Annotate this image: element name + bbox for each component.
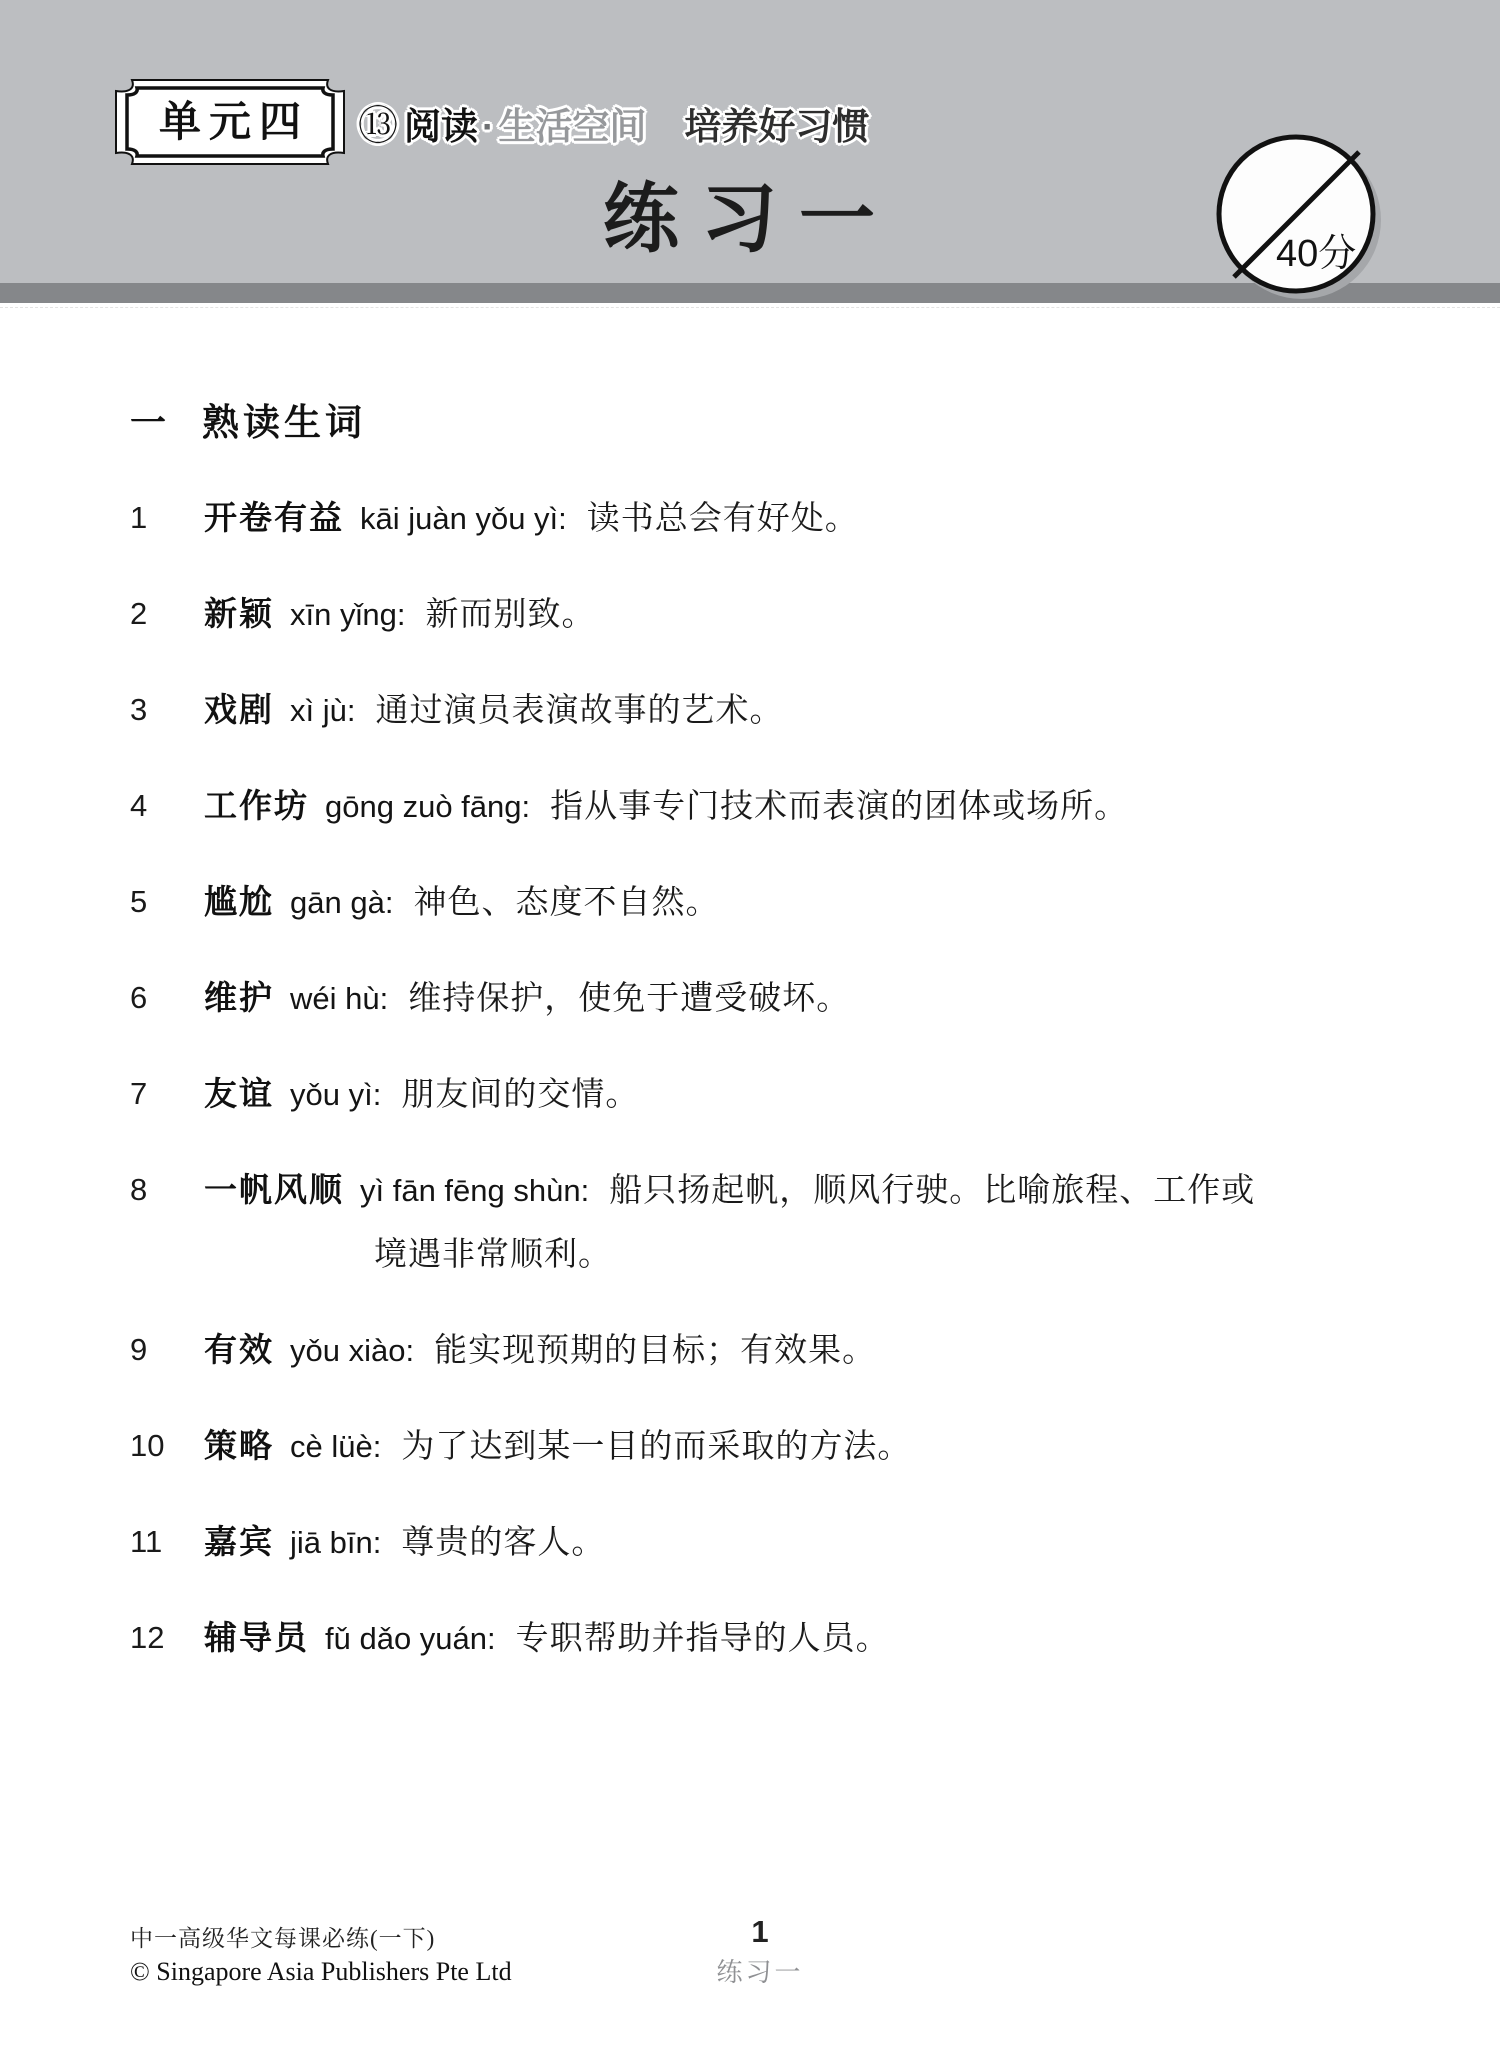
vocab-definition: 为了达到某一目的而采取的方法。 bbox=[401, 1429, 911, 1465]
vocab-item-entry: 有效yǒu xiào:能实现预期的目标；有效果。 bbox=[204, 1330, 876, 1371]
vocab-definition: 专职帮助并指导的人员。 bbox=[516, 1621, 890, 1657]
score-circle-icon: 40分 bbox=[1210, 130, 1388, 302]
footer-pagination: 1 练习一 bbox=[0, 1914, 1500, 1989]
page-number: 1 bbox=[0, 1914, 1500, 1950]
page-exercise-label: 练习一 bbox=[0, 1952, 1500, 1989]
lesson-theme-label: 生活空间 bbox=[498, 106, 646, 147]
vocab-item-number: 8 bbox=[130, 1170, 204, 1275]
vocab-definition: 能实现预期的目标；有效果。 bbox=[434, 1333, 876, 1369]
vocab-pinyin: yì fān fēng shùn: bbox=[360, 1173, 589, 1208]
vocab-item-entry: 维护wéi hù:维持保护，使免于遭受破坏。 bbox=[204, 978, 850, 1019]
vocab-pinyin: jiā bīn: bbox=[290, 1525, 381, 1560]
vocab-pinyin: xì jù: bbox=[290, 693, 355, 728]
vocab-item-number: 10 bbox=[130, 1426, 204, 1467]
vocab-definition: 尊贵的客人。 bbox=[401, 1525, 605, 1561]
perforation-line bbox=[0, 307, 1500, 308]
vocab-item: 3 戏剧xì jù:通过演员表演故事的艺术。 bbox=[130, 690, 1400, 731]
vocab-item-number: 3 bbox=[130, 690, 204, 731]
vocab-term: 友谊 bbox=[204, 1075, 274, 1112]
vocab-item: 6 维护wéi hù:维持保护，使免于遭受破坏。 bbox=[130, 978, 1400, 1019]
vocab-item-number: 11 bbox=[130, 1522, 204, 1563]
vocab-definition: 船只扬起帆，顺风行驶。比喻旅程、工作或 bbox=[609, 1173, 1255, 1209]
vocab-item: 1 开卷有益kāi juàn yǒu yì:读书总会有好处。 bbox=[130, 498, 1400, 539]
vocab-pinyin: gān gà: bbox=[290, 885, 393, 920]
vocab-definition: 维持保护，使免于遭受破坏。 bbox=[408, 981, 850, 1017]
vocab-item-number: 5 bbox=[130, 882, 204, 923]
vocab-pinyin: fǔ dǎo yuán: bbox=[325, 1621, 496, 1656]
vocab-item-number: 12 bbox=[130, 1618, 204, 1659]
vocab-pinyin: yǒu xiào: bbox=[290, 1333, 414, 1368]
vocab-item-number: 9 bbox=[130, 1330, 204, 1371]
vocab-item: 2 新颖xīn yǐng:新而别致。 bbox=[130, 594, 1400, 635]
vocab-pinyin: gōng zuò fāng: bbox=[325, 789, 530, 824]
vocab-item-number: 1 bbox=[130, 498, 204, 539]
vocab-definition: 神色、态度不自然。 bbox=[413, 885, 719, 921]
lesson-type-label: 阅读 bbox=[404, 106, 478, 147]
vocab-pinyin: kāi juàn yǒu yì: bbox=[360, 501, 567, 536]
vocab-term: 工作坊 bbox=[204, 787, 309, 824]
vocab-definition: 新而别致。 bbox=[425, 597, 595, 633]
main-content: 一 熟读生词 1 开卷有益kāi juàn yǒu yì:读书总会有好处。 2 … bbox=[130, 392, 1400, 1714]
vocab-term: 戏剧 bbox=[204, 691, 274, 728]
vocab-item: 11 嘉宾jiā bīn:尊贵的客人。 bbox=[130, 1522, 1400, 1563]
separator-dot: · bbox=[482, 106, 494, 147]
vocab-item-number: 7 bbox=[130, 1074, 204, 1115]
vocab-item: 10 策略cè lüè:为了达到某一目的而采取的方法。 bbox=[130, 1426, 1400, 1467]
vocab-item-entry: 戏剧xì jù:通过演员表演故事的艺术。 bbox=[204, 690, 783, 731]
lesson-title-label: 培养好习惯 bbox=[684, 107, 869, 148]
vocab-pinyin: xīn yǐng: bbox=[290, 597, 405, 632]
unit-label: 单元四 bbox=[113, 76, 347, 162]
vocab-term: 一帆风顺 bbox=[204, 1171, 344, 1208]
lesson-number-badge: ⑬ bbox=[358, 104, 398, 148]
section-heading: 一 熟读生词 bbox=[130, 392, 1400, 446]
vocab-item: 7 友谊yǒu yì:朋友间的交情。 bbox=[130, 1074, 1400, 1115]
vocab-term: 辅导员 bbox=[204, 1619, 309, 1656]
vocab-term: 尴尬 bbox=[204, 883, 274, 920]
vocab-pinyin: wéi hù: bbox=[290, 981, 388, 1016]
vocab-definition: 朋友间的交情。 bbox=[401, 1077, 639, 1113]
vocab-item-number: 4 bbox=[130, 786, 204, 827]
vocab-term: 策略 bbox=[204, 1427, 274, 1464]
vocab-item-entry: 友谊yǒu yì:朋友间的交情。 bbox=[204, 1074, 639, 1115]
vocab-term: 开卷有益 bbox=[204, 499, 344, 536]
vocab-item-entry: 新颖xīn yǐng:新而别致。 bbox=[204, 594, 595, 635]
vocab-item-entry: 尴尬gān gà:神色、态度不自然。 bbox=[204, 882, 719, 923]
vocab-item: 12 辅导员fǔ dǎo yuán:专职帮助并指导的人员。 bbox=[130, 1618, 1400, 1659]
lesson-subtitle: ⑬阅读·生活空间培养好习惯 bbox=[358, 94, 869, 151]
vocab-term: 新颖 bbox=[204, 595, 274, 632]
vocab-term: 嘉宾 bbox=[204, 1523, 274, 1560]
section-number: 一 bbox=[130, 395, 202, 446]
vocab-definition: 指从事专门技术而表演的团体或场所。 bbox=[550, 789, 1128, 825]
vocab-item-entry: 辅导员fǔ dǎo yuán:专职帮助并指导的人员。 bbox=[204, 1618, 890, 1659]
vocab-item-number: 2 bbox=[130, 594, 204, 635]
vocab-pinyin: yǒu yì: bbox=[290, 1077, 381, 1112]
vocab-item-entry: 嘉宾jiā bīn:尊贵的客人。 bbox=[204, 1522, 605, 1563]
vocab-item: 4 工作坊gōng zuò fāng:指从事专门技术而表演的团体或场所。 bbox=[130, 786, 1400, 827]
vocab-term: 维护 bbox=[204, 979, 274, 1016]
vocab-item: 8 一帆风顺yì fān fēng shùn:船只扬起帆，顺风行驶。比喻旅程、工… bbox=[130, 1170, 1400, 1275]
vocab-definition: 通过演员表演故事的艺术。 bbox=[375, 693, 783, 729]
vocab-item: 9 有效yǒu xiào:能实现预期的目标；有效果。 bbox=[130, 1330, 1400, 1371]
score-label: 40分 bbox=[1276, 233, 1356, 275]
vocab-term: 有效 bbox=[204, 1331, 274, 1368]
vocab-definition-continued: 境遇非常顺利。 bbox=[374, 1235, 1255, 1275]
vocab-pinyin: cè lüè: bbox=[290, 1429, 381, 1464]
vocab-item: 5 尴尬gān gà:神色、态度不自然。 bbox=[130, 882, 1400, 923]
vocab-list: 1 开卷有益kāi juàn yǒu yì:读书总会有好处。 2 新颖xīn y… bbox=[130, 498, 1400, 1659]
section-title: 熟读生词 bbox=[202, 392, 366, 446]
vocab-item-entry: 开卷有益kāi juàn yǒu yì:读书总会有好处。 bbox=[204, 498, 859, 539]
vocab-item-entry: 一帆风顺yì fān fēng shùn:船只扬起帆，顺风行驶。比喻旅程、工作或… bbox=[204, 1170, 1255, 1275]
vocab-item-entry: 策略cè lüè:为了达到某一目的而采取的方法。 bbox=[204, 1426, 911, 1467]
vocab-item-entry: 工作坊gōng zuò fāng:指从事专门技术而表演的团体或场所。 bbox=[204, 786, 1128, 827]
vocab-item-number: 6 bbox=[130, 978, 204, 1019]
vocab-definition: 读书总会有好处。 bbox=[587, 501, 859, 537]
